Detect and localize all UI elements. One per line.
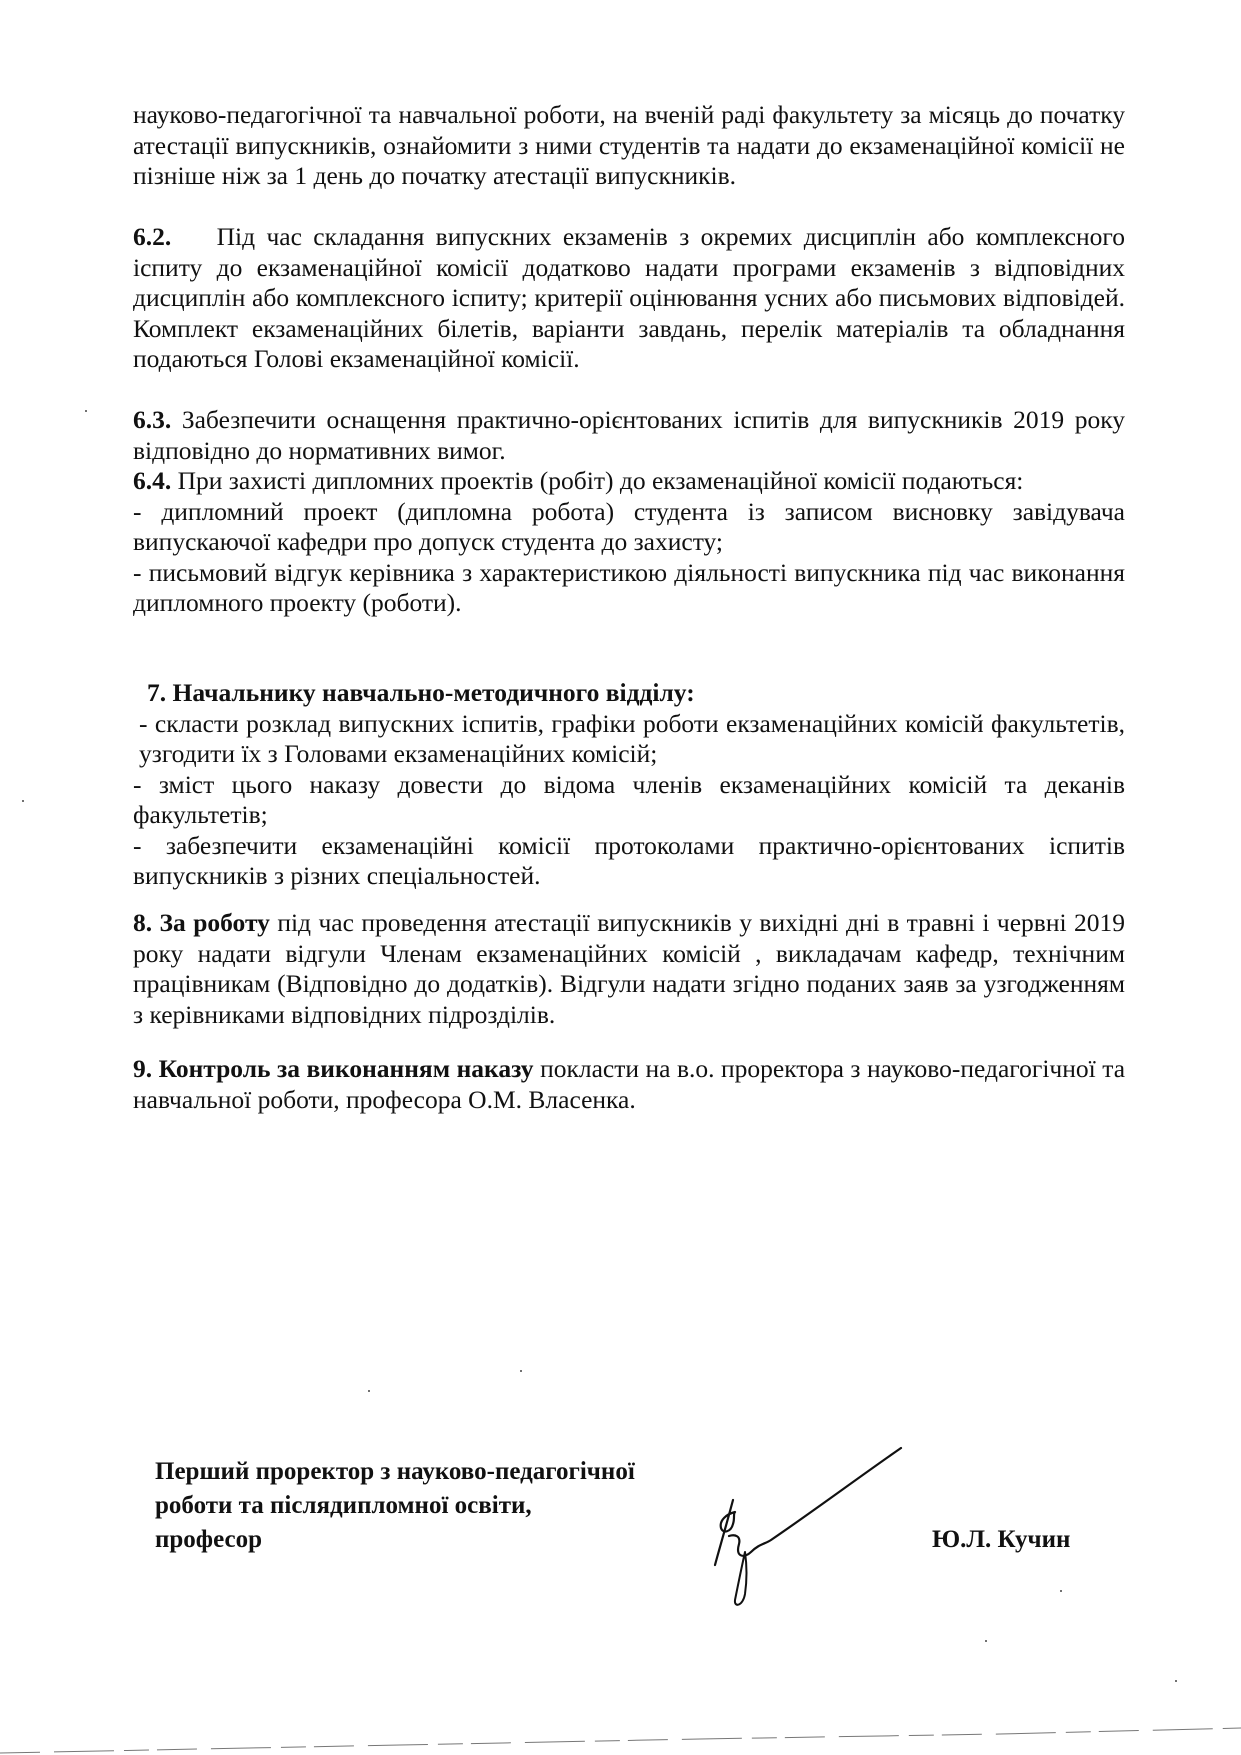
section-7-bullet: - скласти розклад випускних іспитів, гра… <box>133 709 1125 770</box>
section-7-bullet: - забезпечити екзаменаційні комісії прот… <box>133 831 1125 892</box>
item-6-2-paragraph: 6.2. Під час складання випускних екзамен… <box>133 222 1125 375</box>
item-6-3: 6.3. Забезпечити оснащення практично-орі… <box>133 405 1125 466</box>
item-6-4-paragraph: 6.4. При захисті дипломних проектів (роб… <box>133 466 1125 497</box>
scan-speck <box>368 1390 370 1392</box>
section-7-heading: 7. Начальнику навчально-методичного відд… <box>133 678 1125 709</box>
signatory-title-line: професор <box>155 1523 755 1557</box>
item-6-2: 6.2. Під час складання випускних екзамен… <box>133 222 1125 375</box>
item-6-4-bullet: - письмовий відгук керівника з характери… <box>133 558 1125 619</box>
item-6-3-text: Забезпечити оснащення практично-орієнтов… <box>133 405 1125 465</box>
section-8-text: під час проведення атестації випускників… <box>133 908 1125 1029</box>
scan-edge-line <box>0 1725 1241 1755</box>
section-8: 8. За роботу під час проведення атестаці… <box>133 908 1125 1030</box>
scan-speck <box>1175 1680 1177 1682</box>
signatory-title-line: Перший проректор з науково-педагогічної <box>155 1455 755 1489</box>
document-page: науково-педагогічної та навчальної робот… <box>0 0 1241 1755</box>
item-6-3-paragraph: 6.3. Забезпечити оснащення практично-орі… <box>133 405 1125 466</box>
signatory-title: Перший проректор з науково-педагогічної … <box>155 1455 755 1557</box>
item-6-4-text: При захисті дипломних проектів (робіт) д… <box>178 466 1024 495</box>
scan-speck <box>22 800 24 802</box>
signatory-name: Ю.Л. Кучин <box>932 1526 1070 1554</box>
item-6-4-number: 6.4. <box>133 466 171 495</box>
signatory-title-line: роботи та післядипломної освіти, <box>155 1489 755 1523</box>
scan-speck <box>85 410 87 412</box>
section-7-bullet: - зміст цього наказу довести до відома ч… <box>133 770 1125 831</box>
item-6-4-bullet: - дипломний проект (дипломна робота) сту… <box>133 497 1125 558</box>
item-6-3-number: 6.3. <box>133 405 171 434</box>
section-8-lead: 8. За роботу <box>133 908 270 937</box>
section-8-paragraph: 8. За роботу під час проведення атестаці… <box>133 908 1125 1030</box>
continuation-text: науково-педагогічної та навчальної робот… <box>133 100 1125 192</box>
section-9-lead: 9. Контроль за виконанням наказу <box>133 1054 534 1083</box>
section-9: 9. Контроль за виконанням наказу покласт… <box>133 1054 1125 1115</box>
item-6-2-text: Під час складання випускних екзаменів з … <box>133 222 1125 373</box>
scan-speck <box>1060 1590 1062 1592</box>
item-6-2-number: 6.2. <box>133 222 171 251</box>
handwritten-signature-icon <box>705 1440 905 1610</box>
section-9-paragraph: 9. Контроль за виконанням наказу покласт… <box>133 1054 1125 1115</box>
scan-speck <box>985 1640 987 1642</box>
continuation-paragraph: науково-педагогічної та навчальної робот… <box>133 100 1125 192</box>
section-7: 7. Начальнику навчально-методичного відд… <box>133 678 1125 892</box>
scan-speck <box>520 1370 522 1372</box>
item-6-4: 6.4. При захисті дипломних проектів (роб… <box>133 466 1125 619</box>
